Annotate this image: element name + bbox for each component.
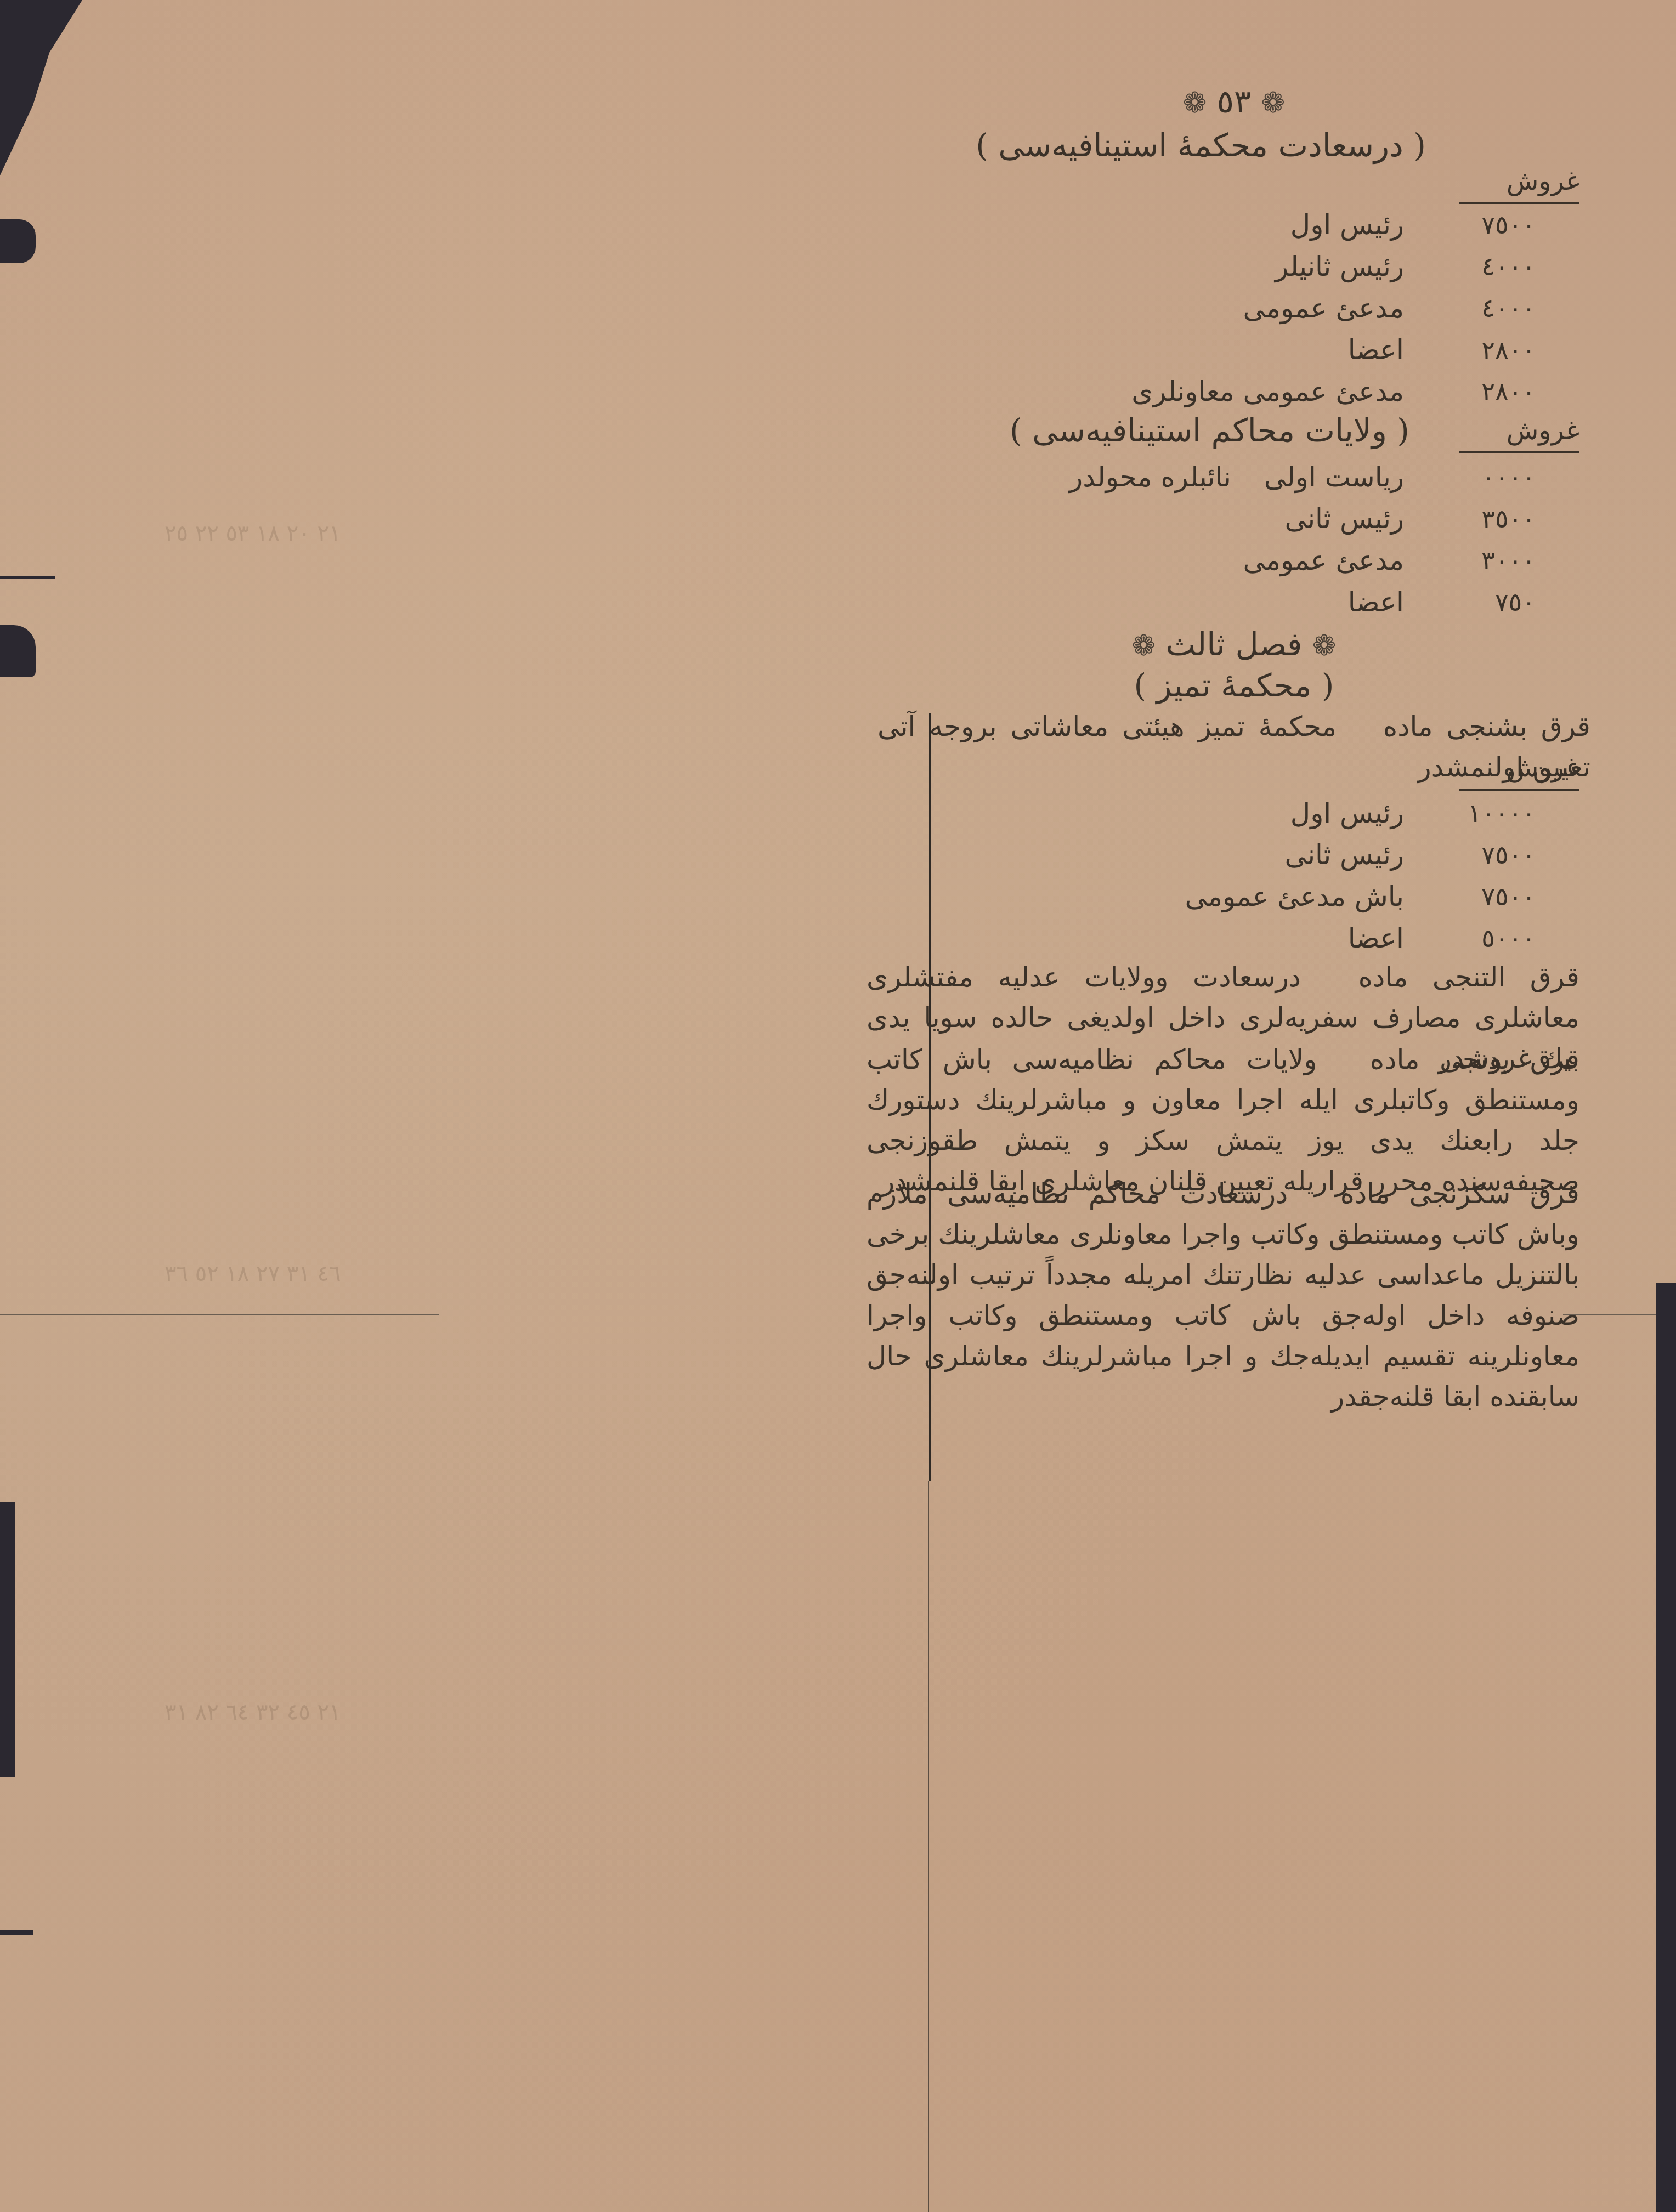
table-row: ٢٨٠٠مدعئ عمومى معاونلرى (1042, 371, 1536, 412)
ornament-icon: ❁ (1261, 87, 1286, 120)
chapter-subtitle: ( محكمهٔ تميز ) (1124, 663, 1344, 707)
table-row: ١٠٠٠٠رئيس اول (1069, 792, 1536, 834)
horizontal-fold-line (0, 1314, 439, 1315)
ornament-icon: ❁ (1312, 629, 1337, 662)
torn-edge-left-sliver-2 (0, 1930, 33, 1935)
currency-header: غروش (1459, 751, 1579, 791)
ornament-icon: ❁ (1183, 87, 1207, 120)
torn-edge-left-lower (0, 1502, 15, 1777)
table-row: ٢٨٠٠اعضا (1042, 329, 1536, 371)
table-row: ٧٥٠٠رئيس ثانى (1069, 834, 1536, 876)
bleed-through-text: ٢١ ٢٠ ١٨ ٥٣ ٢٢ ٢٥ (165, 521, 341, 546)
ornament-icon: ❁ (1132, 629, 1156, 662)
table-row: ٧٥٠اعضا (1069, 581, 1536, 623)
table-row: ٧٥٠٠باش مدعئ عمومى (1069, 876, 1536, 917)
salary-table-istanbul: ٧٥٠٠رئيس اول ٤٠٠٠رئيس ثانيلر ٤٠٠٠مدعئ عم… (1042, 204, 1536, 412)
row-note: نائبلره محولدر (1069, 456, 1231, 498)
bleed-through-text: ٢١ ٤٥ ٣٢ ٦٤ ٨٢ ٣١ (165, 1700, 341, 1725)
table-row: ٠٠٠٠رياست اولىنائبلره محولدر (1069, 456, 1536, 498)
article-lead: قرق بشنجى ماده (1383, 711, 1590, 742)
salary-table-provinces: ٠٠٠٠رياست اولىنائبلره محولدر ٣٥٠٠رئيس ثا… (1069, 456, 1536, 623)
article-lead: قرق سكزنجى ماده (1340, 1178, 1579, 1210)
salary-table-cassation: ١٠٠٠٠رئيس اول ٧٥٠٠رئيس ثانى ٧٥٠٠باش مدعئ… (1069, 792, 1536, 959)
page-number-text: ٥٣ (1217, 83, 1251, 120)
table-row: ٣٠٠٠مدعئ عمومى (1069, 540, 1536, 581)
torn-edge-left-upper (0, 219, 36, 263)
table-row: ٤٠٠٠رئيس ثانيلر (1042, 246, 1536, 287)
article-lead: قرق التنجى ماده (1358, 961, 1579, 993)
article-text: درسعادت محاكم نظاميه‌سى ملازم وباش كاتب … (867, 1178, 1579, 1413)
section-title-provincial-appeals: ( ولايات محاكم استينافيه‌سى ) (1069, 409, 1409, 452)
section-title-istanbul-appeals: ( درسعادت محكمهٔ استينافيه‌سى ) (1042, 123, 1426, 167)
torn-edge-right-strip (1656, 1283, 1676, 2212)
table-row: ٥٠٠٠اعضا (1069, 917, 1536, 959)
torn-edge-left-mid (0, 625, 36, 677)
vertical-rule-lower (928, 1481, 929, 2212)
article-lead: قرق يدنجى ماده (1370, 1043, 1579, 1075)
bleed-through-text: ٤٦ ٣١ ٢٧ ١٨ ٥٢ ٣٦ (165, 1261, 341, 1286)
chapter-title: ❁ فصل ثالث ❁ (1124, 622, 1344, 668)
table-row: ٧٥٠٠رئيس اول (1042, 204, 1536, 246)
torn-edge-left-sliver (0, 576, 55, 579)
currency-header: غروش (1459, 165, 1579, 204)
page-number: ❁ ٥٣ ❁ (1163, 82, 1305, 122)
table-row: ٤٠٠٠مدعئ عمومى (1042, 287, 1536, 329)
currency-header: غروش (1459, 414, 1579, 453)
article-48: قرق سكزنجى ماده درسعادت محاكم نظاميه‌سى … (867, 1173, 1579, 1417)
table-row: ٣٥٠٠رئيس ثانى (1069, 498, 1536, 540)
